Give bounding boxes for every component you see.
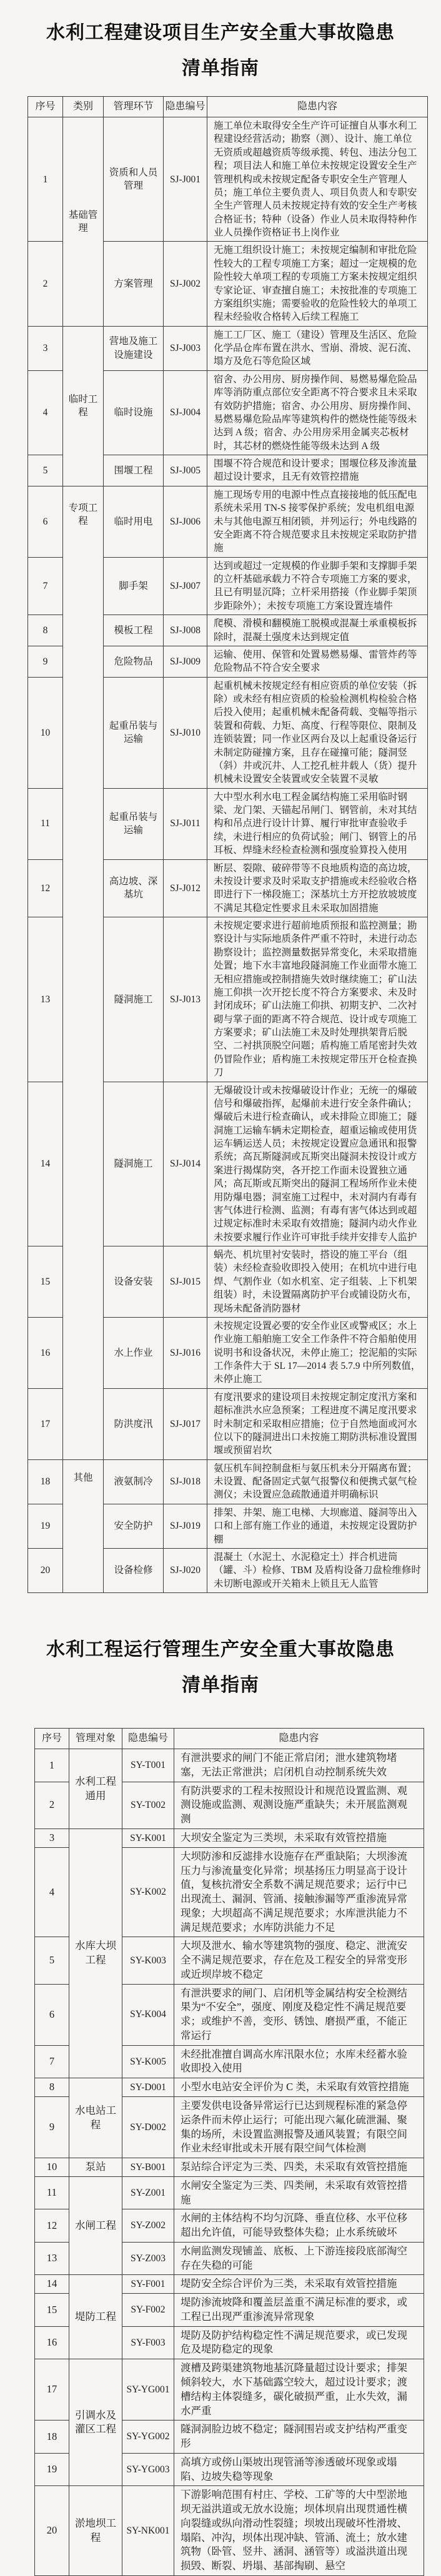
code-cell: SJ-J012: [164, 859, 207, 917]
content-cell: 施工单位未取得安全生产许可证擅自从事水利工程建设经营活动；勘察（测）、设计、施工…: [207, 117, 428, 242]
code-cell: SJ-J013: [164, 917, 207, 1082]
stage-cell: 营地及施工设施建设: [104, 326, 164, 370]
code-cell: SY-Z001: [122, 2176, 174, 2209]
object-cell: 水库大坝工程: [69, 1828, 122, 2078]
content-cell: 水闸监测发现铺盖、底板、上下游连接段底部淘空存在失稳的可能: [174, 2242, 424, 2275]
seq-cell: 8: [28, 615, 63, 646]
code-cell: SY-YG001: [122, 2359, 174, 2421]
object-cell: 水利工程通用: [69, 1749, 122, 1829]
content-cell: 有泄洪要求的闸门不能正常启闭；泄水建筑物堵塞，无法正常泄洪；启闭机自动控制系统失…: [174, 1749, 424, 1782]
code-cell: SJ-J014: [164, 1082, 207, 1246]
code-cell: SY-K005: [122, 2045, 174, 2078]
object-cell: 引调水及灌区工程: [69, 2359, 122, 2486]
content-cell: 蜗壳、机坑里衬安装时，搭设的施工平台（组装）未经检查验收即投入使用；在机坑中进行…: [207, 1246, 428, 1318]
code-cell: SY-Z003: [122, 2242, 174, 2275]
object-cell: 泵站: [69, 2158, 122, 2177]
content-cell: 隧洞洞脸边坡不稳定；隧洞围岩或支护结构严重变形: [174, 2421, 424, 2454]
code-cell: SY-YG002: [122, 2421, 174, 2454]
col-header-object: 管理对象: [69, 1729, 122, 1749]
stage-cell: 起重吊装与运输: [104, 677, 164, 788]
code-cell: SY-Z002: [122, 2209, 174, 2243]
title-line-2: 清单指南: [0, 51, 441, 86]
stage-cell: 资质和人员管理: [104, 117, 164, 242]
content-cell: 水闸的主体结构不均匀沉降、垂直位移、水平位移超出允许值，可能导致整体失稳；止水系…: [174, 2209, 424, 2243]
code-cell: SY-K003: [122, 1937, 174, 1984]
code-cell: SY-F002: [122, 2294, 174, 2327]
content-cell: 大中型水利水电工程金属结构施工采用临时钢梁、龙门架、天锚起吊闸门、钢管前，未对其…: [207, 788, 428, 859]
content-cell: 宿舍、办公用房、厨房操作间、易燃易爆危险品库等消防重点部位安全距离不符合要求且未…: [207, 370, 428, 455]
col-header-stage: 管理环节: [104, 97, 164, 117]
hazard-row: 20 淤地坝工程 SY-NK001 下游影响范围有村庄、学校、工矿等的大中型淤地…: [35, 2486, 424, 2576]
content-cell: 泵站综合评定为三类、四类，未采取有效管控措施: [174, 2158, 424, 2177]
stage-cell: 围堰工程: [104, 455, 164, 486]
stage-cell: 危险物品: [104, 646, 164, 677]
seq-cell: 3: [35, 1828, 69, 1847]
code-cell: SY-D001: [122, 2078, 174, 2097]
code-cell: SJ-J002: [164, 242, 207, 326]
hazard-row: 10 泵站 SY-B001 泵站综合评定为三类、四类，未采取有效管控措施: [35, 2158, 424, 2177]
code-cell: SJ-J019: [164, 1504, 207, 1548]
stage-cell: 液氨制冷: [104, 1459, 164, 1504]
content-cell: 高填方或傍山渠坡出现管涌等渗透破坏现象或塌陷、边坡失稳等现象: [174, 2453, 424, 2486]
header-row: 序号 类别 管理环节 隐患编号 隐患内容: [28, 97, 428, 117]
content-cell: 下游影响范围有村庄、学校、工矿等的大中型淤地坝无溢洪道或无放水设施；坝体坝肩出现…: [174, 2486, 424, 2576]
content-cell: 氨压机车间控制盘柜与氨压机未分开隔离布置；未设置、配备固定式氨气报警仪和便携式氨…: [207, 1459, 428, 1504]
col-header-code: 隐患编号: [122, 1729, 174, 1749]
object-cell: 堤防工程: [69, 2275, 122, 2359]
hazard-row: 14 堤防工程 SY-F001 堤防安全综合评价为三类，未采取有效管控措施: [35, 2275, 424, 2294]
seq-cell: 7: [35, 2045, 69, 2078]
seq-cell: 16: [28, 1317, 63, 1388]
stage-cell: 临时用电: [104, 486, 164, 557]
object-cell: 水闸工程: [69, 2176, 122, 2275]
seq-cell: 10: [28, 677, 63, 788]
hazard-row: 11 水闸工程 SY-Z001 水闸安全鉴定为三类、四类闸，未采取有效管控措施: [35, 2176, 424, 2209]
code-cell: SJ-J006: [164, 486, 207, 557]
content-cell: 堤防安全综合评价为三类，未采取有效管控措施: [174, 2275, 424, 2294]
stage-cell: 脚手架: [104, 557, 164, 615]
code-cell: SY-T001: [122, 1749, 174, 1782]
hazard-row: 3 临时工程 营地及施工设施建设 SJ-J003 施工工厂区、施工（建设）管理及…: [28, 326, 428, 370]
stage-cell: 隧洞施工: [104, 917, 164, 1082]
seq-cell: 7: [28, 557, 63, 615]
seq-cell: 2: [35, 1782, 69, 1828]
seq-cell: 14: [35, 2275, 69, 2294]
content-cell: 排架、井架、施工电梯、大坝廊道、隧洞等出入口和上部有施工作业的通道，未按规定设置…: [207, 1504, 428, 1548]
seq-cell: 1: [28, 117, 63, 242]
content-cell: 小型水电站安全评价为 C 类，未采取有效管控措施: [174, 2078, 424, 2097]
code-cell: SJ-J001: [164, 117, 207, 242]
code-cell: SJ-J015: [164, 1246, 207, 1318]
content-cell: 大坝及泄水、输水等建筑物的强度、稳定、泄流安全不满足规范要求，存在危及工程安全的…: [174, 1937, 424, 1984]
stage-cell: 设备安装: [104, 1246, 164, 1318]
content-cell: 堤防渗流坡降和覆盖层盖重不满足标准的要求，或工程已出现严重渗流异常现象: [174, 2294, 424, 2327]
stage-cell: 防洪度汛: [104, 1388, 164, 1459]
seq-cell: 17: [35, 2359, 69, 2421]
content-cell: 断层、裂隙、破碎带等不良地质构造的高边坡，未按设计要求及时采取支护措施或未经验收…: [207, 859, 428, 917]
hazard-row: 6 专项工程 临时用电 SJ-J006 施工现场专用的电源中性点直接接地的低压配…: [28, 486, 428, 557]
document-page: 水利工程建设项目生产安全重大事故隐患 清单指南 序号 类别 管理环节 隐患编号 …: [0, 0, 441, 2576]
title-line-1: 水利工程建设项目生产安全重大事故隐患: [0, 15, 441, 51]
code-cell: SJ-J007: [164, 557, 207, 615]
seq-cell: 15: [28, 1246, 63, 1318]
stage-cell: 安全防护: [104, 1504, 164, 1548]
content-cell: 未经批准擅自调高水库汛限水位；水库未经蓄水验收即投入使用: [174, 2045, 424, 2078]
stage-cell: 设备检修: [104, 1548, 164, 1592]
seq-cell: 18: [28, 1459, 63, 1504]
content-cell: 水闸安全鉴定为三类、四类闸，未采取有效管控措施: [174, 2176, 424, 2209]
seq-cell: 13: [35, 2242, 69, 2275]
seq-cell: 20: [35, 2486, 69, 2576]
content-cell: 运输、使用、保管和处置易燃易爆、雷管炸药等危险物品不符合安全要求: [207, 646, 428, 677]
hazard-row: 1 水利工程通用 SY-T001 有泄洪要求的闸门不能正常启闭；泄水建筑物堵塞，…: [35, 1749, 424, 1782]
seq-cell: 1: [35, 1749, 69, 1782]
code-cell: SJ-J009: [164, 646, 207, 677]
seq-cell: 4: [28, 370, 63, 455]
code-cell: SJ-J016: [164, 1317, 207, 1388]
content-cell: 达到或超过一定规模的作业脚手架和支撑脚手架的立杆基础承载力不符合专项施工方案的要…: [207, 557, 428, 615]
content-cell: 混凝土（水泥土、水泥稳定土）拌合机进筒（罐、斗）检修、TBM 及盾构设备刀盘检维…: [207, 1548, 428, 1592]
title-line-1: 水利工程运行管理生产安全重大事故隐患: [0, 1632, 441, 1667]
hazard-row: 17 引调水及灌区工程 SY-YG001 渡槽及跨渠建筑物地基沉降量超过设计要求…: [35, 2359, 424, 2421]
code-cell: SJ-J008: [164, 615, 207, 646]
seq-cell: 14: [28, 1082, 63, 1246]
stage-cell: 临时设施: [104, 370, 164, 455]
code-cell: SY-K004: [122, 1984, 174, 2045]
stage-cell: 隧洞施工: [104, 1082, 164, 1246]
code-cell: SY-YG003: [122, 2453, 174, 2486]
col-header-seq: 序号: [35, 1729, 69, 1749]
seq-cell: 18: [35, 2421, 69, 2454]
content-cell: 无爆破设计或未按爆破设计作业；无统一的爆破信号和爆破指挥，起爆前未进行安全条件确…: [207, 1082, 428, 1246]
code-cell: SY-F001: [122, 2275, 174, 2294]
seq-cell: 11: [28, 788, 63, 859]
hazard-row: 8 水电站工程 SY-D001 小型水电站安全评价为 C 类，未采取有效管控措施: [35, 2078, 424, 2097]
seq-cell: 15: [35, 2294, 69, 2327]
code-cell: SY-B001: [122, 2158, 174, 2177]
content-cell: 施工工厂区、施工（建设）管理及生活区、危险化学品仓库布置在洪水、雪崩、滑坡、泥石…: [207, 326, 428, 370]
code-cell: SY-D002: [122, 2097, 174, 2158]
construction-doc-title: 水利工程建设项目生产安全重大事故隐患 清单指南: [0, 0, 441, 86]
category-cell: 专项工程: [63, 486, 104, 1459]
seq-cell: 20: [28, 1548, 63, 1592]
content-cell: 施工现场专用的电源中性点直接接地的低压配电系统未采用 TN-S 接零保护系统；发…: [207, 486, 428, 557]
seq-cell: 6: [28, 486, 63, 557]
seq-cell: 12: [35, 2209, 69, 2243]
stage-cell: 高边坡、深基坑: [104, 859, 164, 917]
seq-cell: 17: [28, 1388, 63, 1459]
seq-cell: 13: [28, 917, 63, 1082]
code-cell: SJ-J018: [164, 1459, 207, 1504]
seq-cell: 4: [35, 1847, 69, 1937]
object-cell: 淤地坝工程: [69, 2486, 122, 2576]
stage-cell: 水上作业: [104, 1317, 164, 1388]
construction-hazard-table: 序号 类别 管理环节 隐患编号 隐患内容 1 基础管理 资质和人员管理 SJ-J…: [27, 96, 428, 1593]
code-cell: SJ-J004: [164, 370, 207, 455]
seq-cell: 19: [28, 1504, 63, 1548]
content-cell: 起重机械未按规定经有相应资质的单位安装（拆除）或未经有相应资质的检验检测机构检验…: [207, 677, 428, 788]
content-cell: 主要发供电设备异常运行已达到规程标准的紧急停运条件而未停止运行；可能出现六氟化硫…: [174, 2097, 424, 2158]
code-cell: SJ-J005: [164, 455, 207, 486]
seq-cell: 9: [35, 2097, 69, 2158]
content-cell: 有防洪要求的工程未按照设计和规范设置监测、观测设施或监测、观测设施严重缺失；未开…: [174, 1782, 424, 1828]
code-cell: SY-K002: [122, 1847, 174, 1937]
seq-cell: 10: [35, 2158, 69, 2177]
seq-cell: 5: [28, 455, 63, 486]
category-cell: 基础管理: [63, 117, 104, 327]
col-header-seq: 序号: [28, 97, 63, 117]
code-cell: SJ-J017: [164, 1388, 207, 1459]
seq-cell: 3: [28, 326, 63, 370]
seq-cell: 12: [28, 859, 63, 917]
col-header-content: 隐患内容: [207, 97, 428, 117]
col-header-category: 类别: [63, 97, 104, 117]
code-cell: SY-T002: [122, 1782, 174, 1828]
stage-cell: 模板工程: [104, 615, 164, 646]
seq-cell: 19: [35, 2453, 69, 2486]
hazard-row: 1 基础管理 资质和人员管理 SJ-J001 施工单位未取得安全生产许可证擅自从…: [28, 117, 428, 242]
operation-hazard-table: 序号 管理对象 隐患编号 隐患内容 1 水利工程通用 SY-T001 有泄洪要求…: [34, 1728, 424, 2576]
content-cell: 堤防及防护结构稳定性不满足规范要求，或已发现危及堤防稳定的现象: [174, 2326, 424, 2359]
hazard-row: 3 水库大坝工程 SY-K001 大坝安全鉴定为三类坝，未采取有效管控措施: [35, 1828, 424, 1847]
code-cell: SY-NK001: [122, 2486, 174, 2576]
content-cell: 大坝安全鉴定为三类坝，未采取有效管控措施: [174, 1828, 424, 1847]
hazard-row: 18 其他 液氨制冷 SJ-J018 氨压机车间控制盘柜与氨压机未分开隔离布置；…: [28, 1459, 428, 1504]
seq-cell: 16: [35, 2326, 69, 2359]
seq-cell: 9: [28, 646, 63, 677]
title-line-2: 清单指南: [0, 1667, 441, 1703]
stage-cell: 方案管理: [104, 242, 164, 326]
content-cell: 未按规定要求进行超前地质预报和监控测量；勘察设计与实际地质条件严重不符时，未进行…: [207, 917, 428, 1082]
col-header-code: 隐患编号: [164, 97, 207, 117]
content-cell: 有泄洪要求的闸门、启闭机等金属结构安全检测结果为“不安全”，强度、刚度及稳定性不…: [174, 1984, 424, 2045]
seq-cell: 5: [35, 1937, 69, 1984]
header-row: 序号 管理对象 隐患编号 隐患内容: [35, 1729, 424, 1749]
stage-cell: 起重吊装与运输: [104, 788, 164, 859]
category-cell: 其他: [63, 1459, 104, 1592]
code-cell: SJ-J011: [164, 788, 207, 859]
content-cell: 渡槽及跨渠建筑物地基沉降量超过设计要求；排架倾斜较大，水下基础露空较大，超过设计…: [174, 2359, 424, 2421]
code-cell: SJ-J020: [164, 1548, 207, 1592]
seq-cell: 11: [35, 2176, 69, 2209]
operation-doc-title: 水利工程运行管理生产安全重大事故隐患 清单指南: [0, 1632, 441, 1703]
col-header-content: 隐患内容: [174, 1729, 424, 1749]
object-cell: 水电站工程: [69, 2078, 122, 2158]
content-cell: 无施工组织设计施工；未按规定编制和审批危险性较大的工程专项施工方案；超过一定规模…: [207, 242, 428, 326]
seq-cell: 2: [28, 242, 63, 326]
content-cell: 有度汛要求的建设项目未按规定制定度汛方案和超标准洪水应急预案；工程进度不满足度汛…: [207, 1388, 428, 1459]
content-cell: 未按规定设置必要的安全作业区或警戒区；水上作业施工船舶施工安全工作条件不符合船舶…: [207, 1317, 428, 1388]
code-cell: SY-K001: [122, 1828, 174, 1847]
content-cell: 围堰不符合规范和设计要求；围堰位移及渗流量超过设计要求，且无有效管控措施: [207, 455, 428, 486]
code-cell: SJ-J010: [164, 677, 207, 788]
category-cell: 临时工程: [63, 326, 104, 486]
content-cell: 大坝防渗和反滤排水设施存在严重缺陷；大坝渗流压力与渗流量变化异常；坝基扬压力明显…: [174, 1847, 424, 1937]
code-cell: SY-F003: [122, 2326, 174, 2359]
content-cell: 爬模、滑模和翻模施工脱模或混凝土承重模板拆除时，混凝土强度未达到规定值: [207, 615, 428, 646]
seq-cell: 8: [35, 2078, 69, 2097]
code-cell: SJ-J003: [164, 326, 207, 370]
seq-cell: 6: [35, 1984, 69, 2045]
